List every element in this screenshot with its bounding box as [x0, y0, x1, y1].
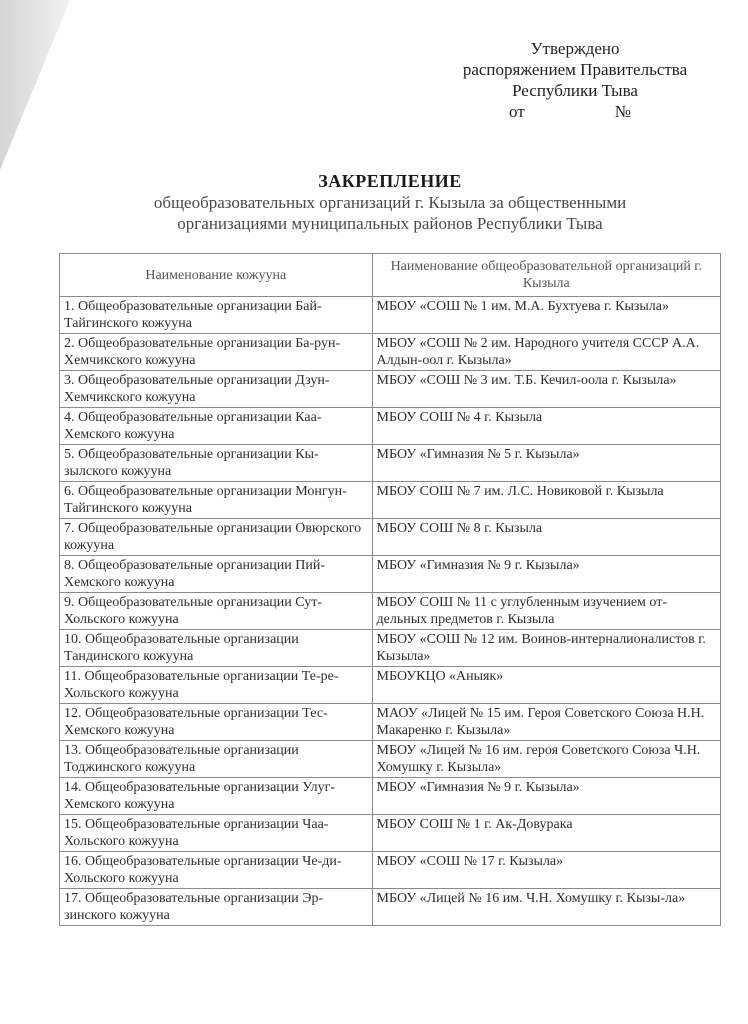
table-row: 15. Общеобразовательные организации Чаа-…: [60, 815, 721, 852]
kozhuun-cell: 16. Общеобразовательные организации Че-д…: [60, 852, 373, 889]
kozhuun-cell: 5. Общеобразовательные организации Кы-зы…: [60, 445, 373, 482]
school-cell: МБОУ «СОШ № 17 г. Кызыла»: [372, 852, 720, 889]
school-cell: МБОУ «СОШ № 2 им. Народного учителя СССР…: [372, 334, 720, 371]
school-cell: МБОУ «СОШ № 1 им. М.А. Бухтуева г. Кызыл…: [372, 297, 720, 334]
school-cell: МБОУ «Гимназия № 5 г. Кызыла»: [372, 445, 720, 482]
approval-from-label: от: [509, 101, 525, 122]
table-row: 2. Общеобразовательные организации Ба-ру…: [60, 334, 721, 371]
kozhuun-cell: 12. Общеобразовательные организации Тес-…: [60, 704, 373, 741]
school-cell: МАОУ «Лицей № 15 им. Героя Советского Со…: [372, 704, 720, 741]
kozhuun-cell: 11. Общеобразовательные организации Те-р…: [60, 667, 373, 704]
header-kozhuun: Наименование кожууна: [60, 254, 373, 297]
school-cell: МБОУ «СОШ № 3 им. Т.Б. Кечил-оола г. Кыз…: [372, 371, 720, 408]
document-subtitle-line-2: организациями муниципальных районов Респ…: [60, 213, 720, 234]
approval-line-approved: Утверждено: [430, 38, 720, 59]
school-cell: МБОУ СОШ № 1 г. Ак-Довурака: [372, 815, 720, 852]
table-header-row: Наименование кожууна Наименование общеоб…: [60, 254, 721, 297]
table-row: 5. Общеобразовательные организации Кы-зы…: [60, 445, 721, 482]
school-cell: МБОУКЦО «Аныяк»: [372, 667, 720, 704]
school-cell: МБОУ «Гимназия № 9 г. Кызыла»: [372, 556, 720, 593]
table-row: 3. Общеобразовательные организации Дзун-…: [60, 371, 721, 408]
school-cell: МБОУ «Гимназия № 9 г. Кызыла»: [372, 778, 720, 815]
kozhuun-cell: 8. Общеобразовательные организации Пий-Х…: [60, 556, 373, 593]
school-cell: МБОУ «Лицей № 16 им. Ч.Н. Хомушку г. Кыз…: [372, 889, 720, 926]
kozhuun-cell: 9. Общеобразовательные организации Сут-Х…: [60, 593, 373, 630]
kozhuun-cell: 3. Общеобразовательные организации Дзун-…: [60, 371, 373, 408]
table-row: 17. Общеобразовательные организации Эр-з…: [60, 889, 721, 926]
kozhuun-cell: 17. Общеобразовательные организации Эр-з…: [60, 889, 373, 926]
kozhuun-cell: 10. Общеобразовательные организации Танд…: [60, 630, 373, 667]
approval-line-republic: Республики Тыва: [430, 80, 720, 101]
document-subtitle-line-1: общеобразовательных организаций г. Кызыл…: [60, 192, 720, 213]
table-row: 8. Общеобразовательные организации Пий-Х…: [60, 556, 721, 593]
table-row: 4. Общеобразовательные организации Каа-Х…: [60, 408, 721, 445]
table-row: 12. Общеобразовательные организации Тес-…: [60, 704, 721, 741]
table-row: 11. Общеобразовательные организации Те-р…: [60, 667, 721, 704]
document-title: ЗАКРЕПЛЕНИЕ: [60, 170, 720, 192]
kozhuun-cell: 14. Общеобразовательные организации Улуг…: [60, 778, 373, 815]
approval-line-order: распоряжением Правительства: [430, 59, 720, 80]
school-cell: МБОУ СОШ № 8 г. Кызыла: [372, 519, 720, 556]
assignment-table: Наименование кожууна Наименование общеоб…: [59, 253, 721, 926]
header-school: Наименование общеобразовательной организ…: [372, 254, 720, 297]
school-cell: МБОУ «СОШ № 12 им. Воинов-интерналионали…: [372, 630, 720, 667]
school-cell: МБОУ СОШ № 4 г. Кызыла: [372, 408, 720, 445]
table-row: 10. Общеобразовательные организации Танд…: [60, 630, 721, 667]
approval-number-label: №: [615, 101, 631, 122]
kozhuun-cell: 2. Общеобразовательные организации Ба-ру…: [60, 334, 373, 371]
table-row: 13. Общеобразовательные организации Тодж…: [60, 741, 721, 778]
approval-stamp: Утверждено распоряжением Правительства Р…: [430, 38, 720, 122]
kozhuun-cell: 15. Общеобразовательные организации Чаа-…: [60, 815, 373, 852]
approval-date-number: от №: [430, 101, 720, 122]
school-cell: МБОУ СОШ № 11 с углубленным изучением от…: [372, 593, 720, 630]
table-row: 1. Общеобразовательные организации Бай-Т…: [60, 297, 721, 334]
table-row: 14. Общеобразовательные организации Улуг…: [60, 778, 721, 815]
kozhuun-cell: 7. Общеобразовательные организации Овюрс…: [60, 519, 373, 556]
school-cell: МБОУ «Лицей № 16 им. героя Советского Со…: [372, 741, 720, 778]
table-row: 9. Общеобразовательные организации Сут-Х…: [60, 593, 721, 630]
document-heading: ЗАКРЕПЛЕНИЕ общеобразовательных организа…: [60, 170, 720, 234]
kozhuun-cell: 4. Общеобразовательные организации Каа-Х…: [60, 408, 373, 445]
table-row: 6. Общеобразовательные организации Монгу…: [60, 482, 721, 519]
kozhuun-cell: 6. Общеобразовательные организации Монгу…: [60, 482, 373, 519]
table-row: 7. Общеобразовательные организации Овюрс…: [60, 519, 721, 556]
school-cell: МБОУ СОШ № 7 им. Л.С. Новиковой г. Кызыл…: [372, 482, 720, 519]
kozhuun-cell: 13. Общеобразовательные организации Тодж…: [60, 741, 373, 778]
table-row: 16. Общеобразовательные организации Че-д…: [60, 852, 721, 889]
kozhuun-cell: 1. Общеобразовательные организации Бай-Т…: [60, 297, 373, 334]
